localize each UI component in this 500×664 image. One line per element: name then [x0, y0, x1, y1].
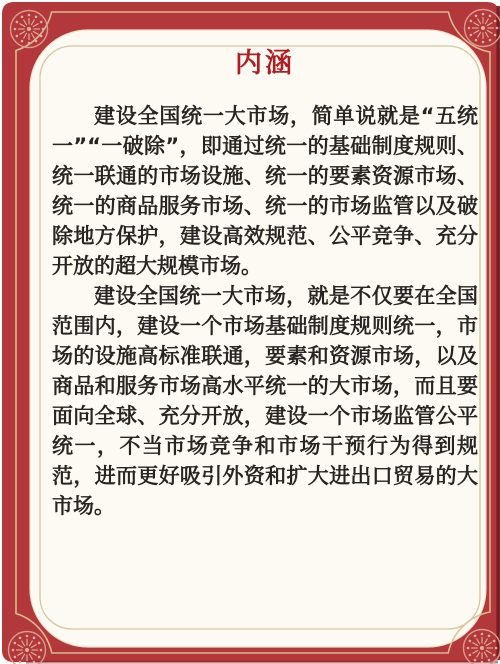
body-paragraph: 建设全国统一大市场，就是不仅要在全国范围内，建设一个市场基础制度规则统一，市场的…: [52, 281, 478, 521]
poster-card: 内涵 建设全国统一大市场，简单说就是“五统一”“一破除”，即通过统一的基础制度规…: [0, 0, 500, 664]
bottom-edge-shade: [26, 661, 498, 664]
card-content: 内涵 建设全国统一大市场，简单说就是“五统一”“一破除”，即通过统一的基础制度规…: [52, 46, 478, 521]
right-edge-shade: [497, 6, 500, 660]
page-title: 内涵: [52, 46, 478, 82]
firework-medallion-icon: [11, 11, 48, 48]
body-paragraph: 建设全国统一大市场，简单说就是“五统一”“一破除”，即通过统一的基础制度规则、统…: [52, 101, 478, 281]
card-body: 建设全国统一大市场，简单说就是“五统一”“一破除”，即通过统一的基础制度规则、统…: [52, 101, 478, 521]
